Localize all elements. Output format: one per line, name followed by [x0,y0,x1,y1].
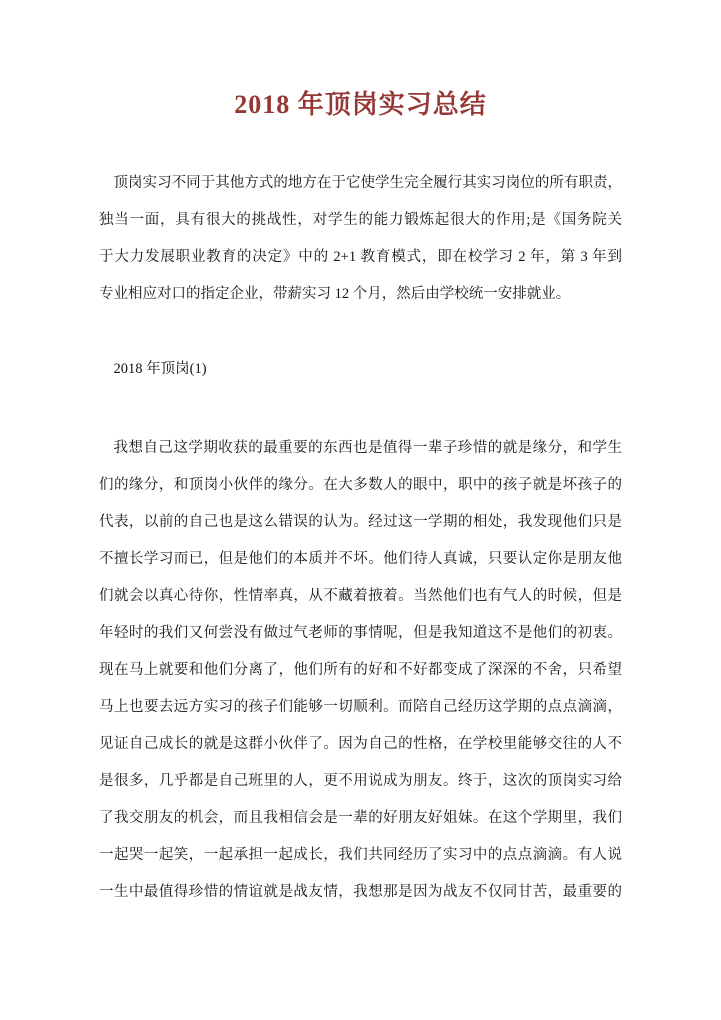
text-line: 一起哭一起笑，一起承担一起成长，我们共同经历了实习中的点点滴滴。有人说 [99,837,622,874]
text-line: 代表，以前的自己也是这么错误的认为。经过这一学期的相处，我发现他们只是 [99,504,622,541]
document-title: 2018 年顶岗实习总结 [99,88,622,122]
text-line: 现在马上就要和他们分离了，他们所有的好和不好都变成了深深的不舍，只希望 [99,652,622,689]
section-label-paragraph: 2018 年顶岗(1) [99,351,622,388]
intro-paragraph: 顶岗实习不同于其他方式的地方在于它使学生完全履行其实习岗位的所有职责， 独当一面… [99,165,622,313]
text-line: 们就会以真心待你，性情率真，从不藏着掖着。当然他们也有气人的时候，但是 [99,578,622,615]
text-line: 于大力发展职业教育的决定》中的 2+1 教育模式，即在校学习 2 年，第 3 年… [99,239,622,276]
document-page: 2018 年顶岗实习总结 顶岗实习不同于其他方式的地方在于它使学生完全履行其实习… [0,0,721,1020]
document-content: 2018 年顶岗实习总结 顶岗实习不同于其他方式的地方在于它使学生完全履行其实习… [99,88,622,911]
text-line: 一生中最值得珍惜的情谊就是战友情，我想那是因为战友不仅同甘苦，最重要的 [99,874,622,911]
text-line: 专业相应对口的指定企业，带薪实习 12 个月，然后由学校统一安排就业。 [99,276,622,313]
text-line: 不擅长学习而已，但是他们的本质并不坏。他们待人真诚，只要认定你是朋友他 [99,541,622,578]
text-line: 顶岗实习不同于其他方式的地方在于它使学生完全履行其实习岗位的所有职责， [99,165,622,202]
text-line: 是很多，几乎都是自己班里的人，更不用说成为朋友。终于，这次的顶岗实习给 [99,763,622,800]
text-line: 我想自己这学期收获的最重要的东西也是值得一辈子珍惜的就是缘分，和学生 [99,430,622,467]
text-line: 独当一面，具有很大的挑战性，对学生的能力锻炼起很大的作用;是《国务院关 [99,202,622,239]
text-line: 年轻时的我们又何尝没有做过气老师的事情呢，但是我知道这不是他们的初衷。 [99,615,622,652]
text-line: 马上也要去远方实习的孩子们能够一切顺利。而陪自己经历这学期的点点滴滴， [99,689,622,726]
text-line: 了我交朋友的机会，而且我相信会是一辈的好朋友好姐妹。在这个学期里，我们 [99,800,622,837]
body-paragraph: 我想自己这学期收获的最重要的东西也是值得一辈子珍惜的就是缘分，和学生 们的缘分，… [99,430,622,911]
text-line: 见证自己成长的就是这群小伙伴了。因为自己的性格，在学校里能够交往的人不 [99,726,622,763]
section-label: 2018 年顶岗(1) [99,351,622,388]
text-line: 们的缘分，和顶岗小伙伴的缘分。在大多数人的眼中，职中的孩子就是坏孩子的 [99,467,622,504]
